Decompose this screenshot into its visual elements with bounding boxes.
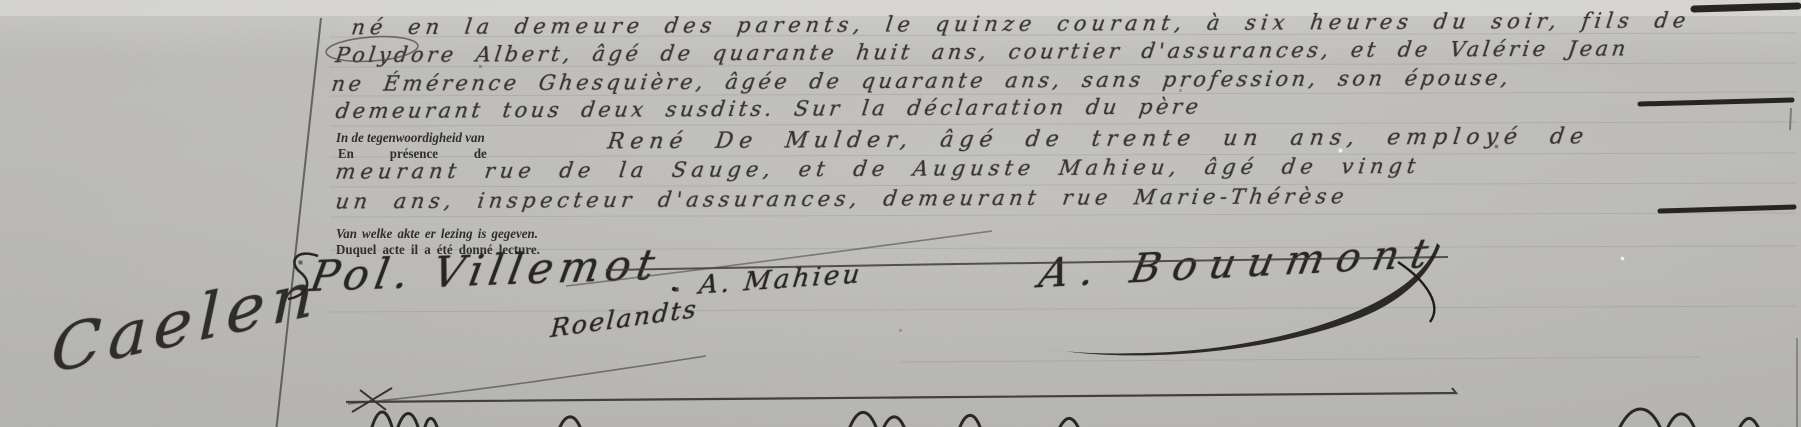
signature-father-villemot: Pol. Villemot: [307, 244, 664, 298]
act-line-6-witness-2: meurant rue de la Sauge, et de Auguste M…: [334, 156, 1422, 183]
signature-witness-mahieu: A. Mahieu: [698, 261, 864, 298]
ink-specks: [0, 0, 1, 1]
signature-official-flourished: A. Bouumont: [1036, 234, 1444, 295]
swash-under-roelandts: [348, 356, 706, 404]
dot-between-signatures: [672, 287, 676, 291]
next-act-cutoff-strokes: [372, 409, 1758, 427]
margin-surname-large: Caelen: [51, 257, 321, 388]
page-crease-right: [1796, 338, 1798, 427]
form-label-presence-dutch: In de tegenwoordigheid van: [336, 131, 485, 145]
right-edge-tick: [1790, 108, 1791, 130]
act-line-1: né en la demeure des parents, le quinze …: [350, 10, 1692, 38]
signature-roelandts: Roelandts: [550, 296, 699, 341]
form-label-presence-french: En présence de: [338, 147, 487, 161]
cross-mark-on-bottom-rule: [352, 388, 392, 412]
margin-rule-vertical: [276, 18, 322, 427]
line-filler-dashes: [1640, 6, 1798, 211]
act-line-3-mother-name: ne Émérence Ghesquière, âgée de quarante…: [330, 68, 1513, 95]
form-label-lecture-dutch: Van welke akte er lezing is gegeven.: [336, 227, 538, 241]
act-line-2-father-name: Polydore Albert, âgé de quarante huit an…: [334, 39, 1630, 67]
bottom-filler-rule: [346, 388, 1456, 402]
scanned-act-page: né en la demeure des parents, le quinze …: [0, 0, 1801, 427]
act-line-5-witness-1: René De Mulder, âgé de trente un ans, em…: [606, 126, 1590, 153]
act-line-7-witness-2-address: un ans, inspecteur d'assurances, demeura…: [334, 186, 1349, 212]
act-line-4-declaration: demeurant tous deux susdits. Sur la décl…: [334, 97, 1203, 123]
